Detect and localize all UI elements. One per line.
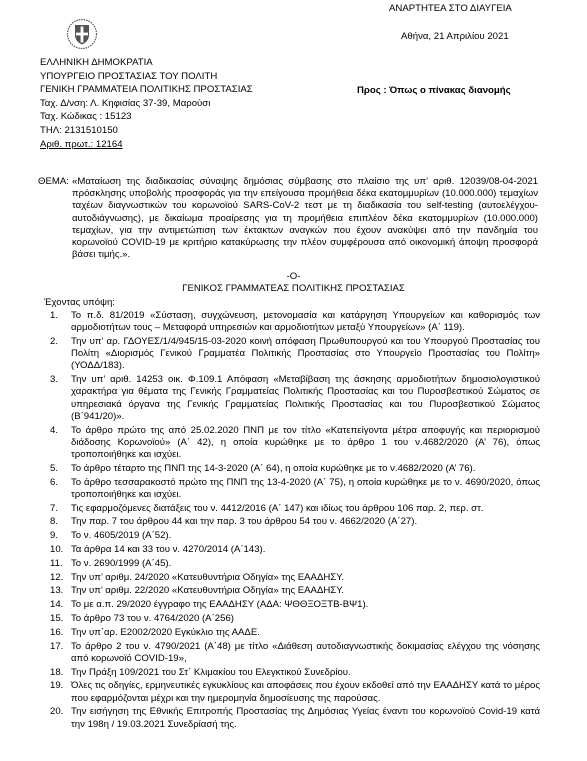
list-item-number: 19.	[50, 680, 63, 692]
list-item: 2.Την υπ’ αρ. ΓΔΟΥΕΣ/1/4/945/15-03-2020 …	[44, 336, 540, 373]
list-item-number: 20.	[50, 706, 63, 718]
list-item-text: Το ν. 2690/1999 (Α΄45).	[71, 558, 171, 569]
phone-number: ΤΗΛ: 2131510150	[40, 124, 253, 138]
recipient-line: Προς : Όπως ο πίνακας διανομής	[357, 85, 511, 97]
sender-block: ΕΛΛΗΝΙΚΗ ΔΗΜΟΚΡΑΤΙΑ ΥΠΟΥΡΓΕΙΟ ΠΡΟΣΤΑΣΙΑΣ…	[40, 56, 253, 151]
list-item-text: Την εισήγηση της Εθνικής Επιτροπής Προστ…	[71, 706, 540, 729]
list-item-text: Το π.δ. 81/2019 «Σύσταση, συγχώνευση, με…	[71, 310, 540, 333]
list-item: 15.Το άρθρο 73 του ν. 4764/2020 (Α΄256)	[44, 613, 540, 625]
list-item-text: Την υπ’ αρ. ΓΔΟΥΕΣ/1/4/945/15-03-2020 κο…	[71, 336, 540, 371]
diavgeia-posting-notice: ΑΝΑΡΤΗΤΕΑ ΣΤΟ ΔΙΑΥΓΕΙΑ	[389, 3, 512, 15]
list-item: 19.Όλες τις οδηγίες, ερμηνευτικές εγκυκλ…	[44, 680, 540, 704]
country-name: ΕΛΛΗΝΙΚΗ ΔΗΜΟΚΡΑΤΙΑ	[40, 56, 253, 70]
list-item-number: 8.	[50, 516, 58, 528]
list-item-number: 6.	[50, 477, 58, 489]
list-item: 17.Το άρθρο 2 του ν. 4790/2021 (Α΄48) με…	[44, 641, 540, 665]
list-item-text: Το άρθρο 73 του ν. 4764/2020 (Α΄256)	[71, 613, 234, 624]
list-item-number: 18.	[50, 667, 63, 679]
list-item-number: 3.	[50, 374, 58, 386]
protocol-number: Αριθ. πρωτ.: 12164	[40, 138, 253, 152]
list-item-number: 1.	[50, 310, 58, 322]
list-item: 3.Την υπ’ αριθ. 14253 οικ. Φ.109.1 Απόφα…	[44, 374, 540, 423]
list-item-text: Το με α.π. 29/2020 έγγραφο της ΕΑΑΔΗΣΥ (…	[71, 599, 368, 610]
list-item: 9.Το ν. 4605/2019 (Α΄52).	[44, 530, 540, 542]
list-item-text: Το άρθρο τέταρτο της ΠΝΠ της 14-3-2020 (…	[71, 463, 475, 474]
list-item-number: 11.	[50, 558, 63, 570]
signatory-title: ΓΕΝΙΚΟΣ ΓΡΑΜΜΑΤΕΑΣ ΠΟΛΙΤΙΚΗΣ ΠΡΟΣΤΑΣΙΑΣ	[0, 283, 587, 295]
list-item-number: 17.	[50, 641, 63, 653]
list-item: 1.Το π.δ. 81/2019 «Σύσταση, συγχώνευση, …	[44, 310, 540, 334]
list-item: 20.Την εισήγηση της Εθνικής Επιτροπής Πρ…	[44, 706, 540, 730]
list-item-number: 7.	[50, 503, 58, 515]
list-item-number: 10.	[50, 544, 63, 556]
list-item: 6.Το άρθρο τεσσαρακοστό πρώτο της ΠΝΠ τη…	[44, 477, 540, 501]
list-item-text: Την υπ’ αριθμ. 24/2020 «Κατευθυντήρια Οδ…	[71, 572, 344, 583]
list-item-text: Τις εφαρμοζόμενες διατάξεις του ν. 4412/…	[71, 503, 484, 514]
subject-text: «Ματαίωση της διαδικασίας σύναψης δημόσι…	[72, 176, 538, 261]
list-item: 10.Τα άρθρα 14 και 33 του ν. 4270/2014 (…	[44, 544, 540, 556]
list-item: 12.Την υπ’ αριθμ. 24/2020 «Κατευθυντήρια…	[44, 572, 540, 584]
legal-basis-list: 1.Το π.δ. 81/2019 «Σύσταση, συγχώνευση, …	[44, 310, 540, 732]
list-item-text: Το άρθρο πρώτο της από 25.02.2020 ΠΝΠ με…	[71, 425, 540, 460]
postal-address: Ταχ. Δ/νση: Λ. Κηφισίας 37-39, Μαρούσι	[40, 97, 253, 111]
postal-code: Ταχ. Κώδικας : 15123	[40, 110, 253, 124]
list-item-text: Την παρ. 7 του άρθρου 44 και την παρ. 3 …	[71, 516, 417, 527]
list-item-number: 12.	[50, 572, 63, 584]
having-regard-heading: Έχοντας υπόψη:	[44, 297, 115, 309]
secretariat-name: ΓΕΝΙΚΗ ΓΡΑΜΜΑΤΕΙΑ ΠΟΛΙΤΙΚΗΣ ΠΡΟΣΤΑΣΙΑΣ	[40, 83, 253, 97]
list-item-number: 9.	[50, 530, 58, 542]
list-item-text: Την Πράξη 109/2021 του Στ΄ Κλιμακίου του…	[71, 667, 351, 678]
subject-label: ΘΕΜΑ:	[38, 176, 69, 188]
list-item: 8.Την παρ. 7 του άρθρου 44 και την παρ. …	[44, 516, 540, 528]
section-mark: -Ο-	[0, 271, 587, 283]
list-item-number: 13.	[50, 585, 63, 597]
list-item-text: Το άρθρο τεσσαρακοστό πρώτο της ΠΝΠ της …	[71, 477, 540, 500]
list-item-number: 16.	[50, 627, 63, 639]
list-item: 18.Την Πράξη 109/2021 του Στ΄ Κλιμακίου …	[44, 667, 540, 679]
list-item: 4.Το άρθρο πρώτο της από 25.02.2020 ΠΝΠ …	[44, 425, 540, 462]
list-item-text: Τα άρθρα 14 και 33 του ν. 4270/2014 (Α΄1…	[71, 544, 265, 555]
list-item-text: Όλες τις οδηγίες, ερμηνευτικές εγκυκλίου…	[71, 680, 540, 703]
list-item-text: Την υπ΄αρ. Ε2002/2020 Εγκύκλιο της ΑΑΔΕ.	[71, 627, 260, 638]
list-item-text: Το ν. 4605/2019 (Α΄52).	[71, 530, 171, 541]
list-item-number: 14.	[50, 599, 63, 611]
list-item-number: 2.	[50, 336, 58, 348]
list-item-text: Την υπ’ αριθ. 14253 οικ. Φ.109.1 Απόφαση…	[71, 374, 540, 422]
list-item-text: Το άρθρο 2 του ν. 4790/2021 (Α΄48) με τί…	[71, 641, 540, 664]
list-item: 11.Το ν. 2690/1999 (Α΄45).	[44, 558, 540, 570]
list-item-number: 15.	[50, 613, 63, 625]
list-item: 14.Το με α.π. 29/2020 έγγραφο της ΕΑΑΔΗΣ…	[44, 599, 540, 611]
greek-coat-of-arms-icon	[66, 18, 98, 50]
list-item-text: Την υπ’ αριθμ. 22/2020 «Κατευθυντήρια Οδ…	[71, 585, 344, 596]
list-item-number: 5.	[50, 463, 58, 475]
document-date: Αθήνα, 21 Απριλίου 2021	[401, 31, 509, 43]
list-item: 5.Το άρθρο τέταρτο της ΠΝΠ της 14-3-2020…	[44, 463, 540, 475]
list-item-number: 4.	[50, 425, 58, 437]
list-item: 7.Τις εφαρμοζόμενες διατάξεις του ν. 441…	[44, 503, 540, 515]
ministry-name: ΥΠΟΥΡΓΕΙΟ ΠΡΟΣΤΑΣΙΑΣ ΤΟΥ ΠΟΛΙΤΗ	[40, 70, 253, 84]
list-item: 13.Την υπ’ αριθμ. 22/2020 «Κατευθυντήρια…	[44, 585, 540, 597]
list-item: 16.Την υπ΄αρ. Ε2002/2020 Εγκύκλιο της ΑΑ…	[44, 627, 540, 639]
